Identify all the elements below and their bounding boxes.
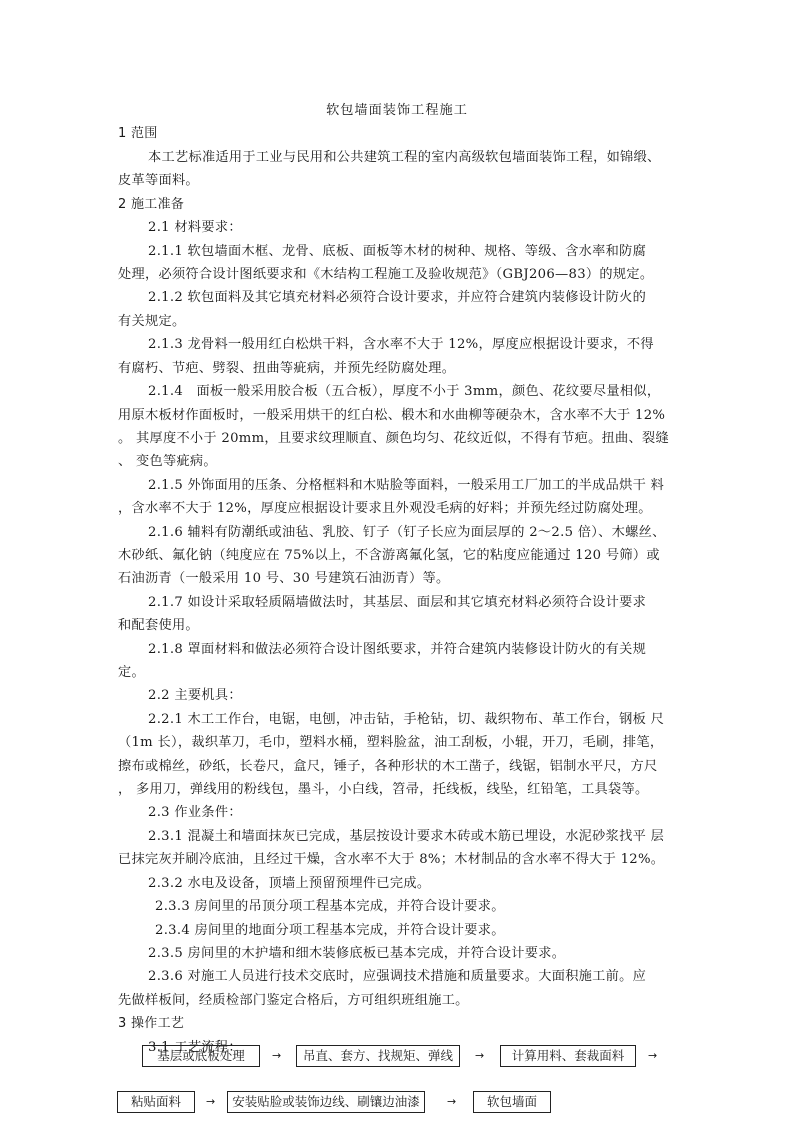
text-line: 有腐朽、节疤、劈裂、扭曲等疵病，并预先经防腐处理。 [118,360,455,378]
text-line: 2.3.5 房间里的木护墙和细木装修底板已基本完成，并符合设计要求。 [148,945,565,963]
section-heading: 1 范围 [118,125,158,143]
text-line: 2.3.1 混凝土和墙面抹灰已完成，基层按设计要求木砖或木筋已埋设，水泥砂浆找平… [148,828,664,846]
text-line: 有关规定。 [118,313,185,331]
text-line: 2.3.6 对施工人员进行技术交底时，应强调技术措施和质量要求。大面积施工前。应 [148,968,646,986]
text-line: ， 多用刀，弹线用的粉线包，墨斗，小白线，笤帚，托线板，线坠，红铅笔，工具袋等。 [118,781,649,799]
text-line: 2.3.2 水电及设备，顶墙上预留预埋件已完成。 [148,875,430,893]
text-line: 处理，必须符合设计图纸要求和《木结构工程施工及验收规范》（GBJ206—83）的… [118,266,653,284]
text-line: 木砂纸、氟化钠（纯度应在 75%以上，不含游离氟化氢，它的粘度应能通过 120 … [118,547,660,565]
text-line: （1m 长），裁织革刀，毛巾，塑料水桶，塑料脸盆，油工刮板，小辊，开刀，毛刷，排… [118,734,663,752]
flow-step-box: 吊直、套方、找规矩、弹线 [296,1045,460,1067]
text-line: 2.1.5 外饰面用的压条、分格框料和木贴脸等面料，一般采用工厂加工的半成品烘干… [148,477,664,495]
section-heading: 3 操作工艺 [118,1015,184,1033]
text-line: 、 变色等疵病。 [118,453,217,471]
text-line: 2.1 材料要求： [148,219,242,237]
text-line: 用原木板材作面板时，一般采用烘干的红白松、椴木和水曲柳等硬杂木，含水率不大于 1… [118,407,665,425]
text-line: 2.1.3 龙骨料一般用红白松烘干料，含水率不大于 12%，厚度应根据设计要求，… [148,336,654,354]
text-line: 已抹完灰并刷冷底油，且经过干燥，含水率不大于 8%；木材制品的含水率不得大于 1… [118,851,664,869]
text-line: 2.3.4 房间里的地面分项工程基本完成，并符合设计要求。 [155,922,505,940]
text-line: 2.1.2 软包面料及其它填充材料必须符合设计要求，并应符合建筑内装修设计防火的 [148,289,646,307]
document-title: 软包墙面装饰工程施工 [0,99,794,118]
flow-step-box: 计算用料、套裁面料 [500,1045,636,1067]
text-line: 本工艺标准适用于工业与民用和公共建筑工程的室内高级软包墙面装饰工程，如锦缎、 [148,149,661,167]
text-line: 2.3.3 房间里的吊顶分项工程基本完成，并符合设计要求。 [155,898,505,916]
text-line: 定。 [118,664,145,682]
text-line: 2.2.1 木工工作台，电锯，电刨，冲击钻，手枪钻，切、裁织物布、革工作台，钢板… [148,711,664,729]
text-line: ，含水率不大于 12%，厚度应根据设计要求且外观没毛病的好料；并预先经过防腐处理… [118,500,652,518]
text-line: 和配套使用。 [118,617,199,635]
text-line: 2.1.8 罩面材料和做法必须符合设计图纸要求，并符合建筑内装修设计防火的有关规 [148,641,646,659]
text-line: 2.1.1 软包墙面木框、龙骨、底板、面板等木材的树种、规格、等级、含水率和防腐 [148,243,646,261]
arrow-right-icon: → [447,1092,456,1112]
text-line: 2.1.4 面板一般采用胶合板（五合板），厚度不小于 3mm，颜色、花纹要尽量相… [148,383,660,401]
flow-step-box: 安装贴脸或装饰边线、刷镶边油漆 [227,1091,425,1113]
text-line: 皮革等面料。 [118,172,199,190]
flow-step-box: 粘贴面料 [117,1091,195,1113]
arrow-right-icon: → [475,1046,484,1066]
text-line: 2.1.6 辅料有防潮纸或油毡、乳胶、钉子（钉子长应为面层厚的 2～2.5 倍）… [148,524,666,542]
arrow-right-icon: → [648,1046,657,1066]
text-line: 2.1.7 如设计采取轻质隔墙做法时，其基层、面层和其它填充材料必须符合设计要求 [148,594,646,612]
flow-step-box: 软包墙面 [473,1091,551,1113]
flow-step-box: 基层或底板处理 [142,1045,260,1067]
arrow-right-icon: → [272,1046,281,1066]
text-line: 2.3 作业条件： [148,804,242,822]
text-line: 先做样板间，经质检部门鉴定合格后，方可组织班组施工。 [118,992,469,1010]
arrow-right-icon: → [206,1092,215,1112]
section-heading: 2 施工准备 [118,196,184,214]
text-line: 石油沥青（一般采用 10 号、30 号建筑石油沥青）等。 [118,570,449,588]
text-line: 。 其厚度不小于 20mm，且要求纹理顺直、颜色均匀、花纹近似，不得有节疤。扭曲… [118,430,669,448]
text-line: 2.2 主要机具： [148,687,242,705]
text-line: 擦布或棉丝，砂纸，长卷尺，盒尺，锤子，各种形状的木工凿子，线锯，铝制水平尺，方尺 [118,758,658,776]
